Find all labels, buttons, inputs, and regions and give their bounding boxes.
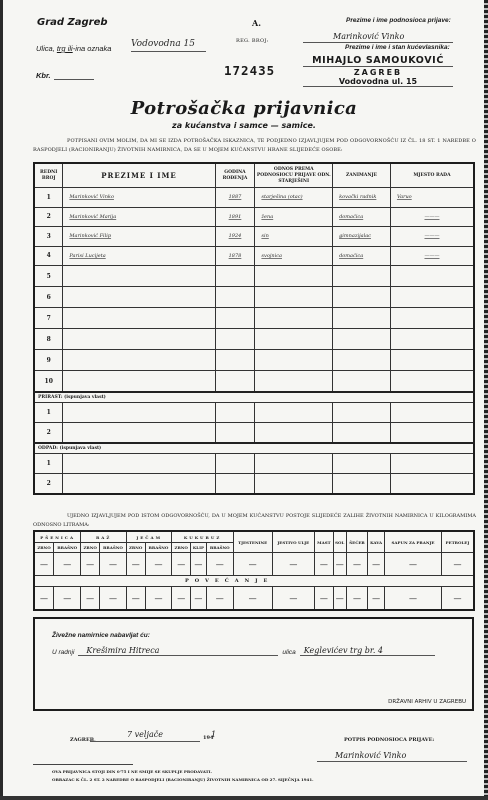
row-number: 8 <box>34 329 63 350</box>
supply-cell[interactable]: — <box>206 553 233 576</box>
increase-cell[interactable]: — <box>346 587 367 611</box>
birth-year-cell[interactable]: 1878 <box>215 246 255 266</box>
table-row: 2 Marinković Marija 1891 žena domaćica —… <box>34 207 474 227</box>
occupation-cell[interactable] <box>333 329 391 350</box>
row-number: 2 <box>34 474 63 495</box>
footnote-divider <box>33 764 133 765</box>
increase-cell[interactable]: — <box>368 587 385 611</box>
birth-year-cell[interactable] <box>215 266 255 287</box>
person-name-cell[interactable]: Parisi Lucijeta <box>63 246 215 266</box>
birth-year-cell[interactable] <box>215 350 255 371</box>
increase-header-row: POVEĆANJE <box>34 576 474 587</box>
shop-field[interactable]: Krešimira Hitreca <box>78 646 278 656</box>
supplies-intro-text: UJEDNO IZJAVLJUJEM POD ISTOM ODGOVORNOŠĆ… <box>33 512 476 530</box>
increase-cell[interactable]: — <box>126 587 145 611</box>
reg-number: 172435 <box>224 63 275 78</box>
person-name-cell[interactable] <box>63 350 215 371</box>
row-number: 1 <box>34 454 63 474</box>
row-number: 3 <box>34 227 63 247</box>
supply-cell[interactable]: — <box>233 553 272 576</box>
table-row: 6 <box>34 287 474 308</box>
increase-cell[interactable]: — <box>315 587 334 611</box>
row-number: 5 <box>34 266 63 287</box>
kbr-field[interactable] <box>54 79 94 80</box>
supply-cell[interactable]: — <box>34 553 54 576</box>
supplies-table: PŠENICA RAŽ JEČAM KUKURUZ TJESTENINE JES… <box>33 530 475 611</box>
row-number: 6 <box>34 287 63 308</box>
birth-year-cell[interactable] <box>215 371 255 393</box>
workplace-cell[interactable] <box>390 266 474 287</box>
increase-cell[interactable]: — <box>81 587 100 611</box>
relation-cell[interactable] <box>255 308 333 329</box>
applicant-label: Prezime i ime podnosioca prijave: <box>346 17 451 24</box>
shop-label: U radnji <box>52 649 74 656</box>
workplace-cell[interactable] <box>390 329 474 350</box>
supply-cell[interactable]: — <box>81 553 100 576</box>
sub-header: BRAŠNO <box>145 543 172 553</box>
person-name-cell[interactable] <box>63 403 215 423</box>
signature-field[interactable]: Marinković Vinko <box>317 751 467 762</box>
col-header-sol: SOL <box>333 531 346 553</box>
col-header-mast: MAST <box>315 531 334 553</box>
relation-cell[interactable] <box>255 266 333 287</box>
scan-edge-left <box>0 0 3 800</box>
table-row: 3 Marinković Filip 1924 sin gimnazijalac… <box>34 227 474 247</box>
street-field[interactable]: Vodovodna 15 <box>131 39 206 52</box>
occupation-cell[interactable] <box>333 350 391 371</box>
table-row: 5 <box>34 266 474 287</box>
landlord-name: MIHAJLO SAMOUKOVIĆ <box>303 55 453 67</box>
birth-year-cell[interactable] <box>215 308 255 329</box>
increase-cell[interactable]: — <box>34 587 54 611</box>
col-header-year: GODINA ROĐENJA <box>215 163 255 188</box>
sub-header: ZRNO <box>126 543 145 553</box>
table-row: 7 <box>34 308 474 329</box>
signature-label: POTPIS PODNOSIOCA PRIJAVE: <box>344 737 434 743</box>
person-name-cell[interactable]: Marinković Vinko <box>63 188 215 208</box>
increase-label: POVEĆANJE <box>34 576 474 587</box>
relation-cell[interactable] <box>255 454 333 474</box>
increase-cell[interactable]: — <box>191 587 207 611</box>
prirast-label: PRIRAST: (ispunjava vlast) <box>34 392 474 403</box>
street-label: Ulica, trg ili-ina oznaka <box>36 44 111 53</box>
col-header-relation: ODNOS PREMA PODNOSIOCU PRIJAVE ODN. STAR… <box>255 163 333 188</box>
table-header-row: REDNI BROJ PREZIME I IME GODINA ROĐENJA … <box>34 163 474 188</box>
supply-cell[interactable]: — <box>126 553 145 576</box>
workplace-cell[interactable]: Varuo <box>390 188 474 208</box>
workplace-cell[interactable]: ——— <box>390 246 474 266</box>
sub-header: ZRNO <box>34 543 54 553</box>
workplace-cell[interactable] <box>390 287 474 308</box>
increase-cell[interactable]: — <box>333 587 346 611</box>
relation-cell[interactable]: sin <box>255 227 333 247</box>
workplace-cell[interactable] <box>390 474 474 495</box>
prirast-row: 2 <box>34 423 474 444</box>
table-row: 1 Marinković Vinko 1887 starješina (otac… <box>34 188 474 208</box>
odpad-section-header: ODPAD: (ispunjava vlast) <box>34 443 474 454</box>
group-header-psenica: PŠENICA <box>34 531 81 543</box>
row-number: 10 <box>34 371 63 393</box>
table-row: 10 <box>34 371 474 393</box>
group-header-raz: RAŽ <box>81 531 127 543</box>
shop-street-label: ulica <box>282 649 295 656</box>
supply-cell[interactable]: — <box>272 553 314 576</box>
occupation-cell[interactable] <box>333 266 391 287</box>
page-title: Potrošačka prijavnica <box>0 98 488 119</box>
supply-cell[interactable]: — <box>368 553 385 576</box>
supply-cell[interactable]: — <box>99 553 126 576</box>
street-label-suffix: -ina oznaka <box>73 44 112 53</box>
occupation-cell[interactable] <box>333 454 391 474</box>
row-number: 4 <box>34 246 63 266</box>
table-row: 8 <box>34 329 474 350</box>
workplace-cell[interactable] <box>390 371 474 393</box>
increase-cell[interactable]: — <box>172 587 191 611</box>
reg-number-label: REG. BROJ: <box>236 38 268 44</box>
workplace-cell[interactable] <box>390 350 474 371</box>
col-header-kava: KAVA <box>368 531 385 553</box>
workplace-cell[interactable] <box>390 423 474 444</box>
form-page: Grad Zagreb Ulica, trg ili-ina oznaka Vo… <box>0 0 488 800</box>
person-name-cell[interactable] <box>63 371 215 393</box>
person-name-cell[interactable] <box>63 329 215 350</box>
sub-header: ZRNO <box>81 543 100 553</box>
street-label-ili: ili <box>66 44 73 53</box>
supply-cell[interactable]: — <box>191 553 207 576</box>
increase-cell[interactable]: — <box>206 587 233 611</box>
birth-year-cell[interactable] <box>215 329 255 350</box>
odpad-label: ODPAD: (ispunjava vlast) <box>34 443 474 454</box>
col-header-sapun: SAPUN ZA PRANJE <box>385 531 442 553</box>
archive-stamp: DRŽAVNI ARHIV U ZAGREBU <box>388 699 466 705</box>
supply-cell[interactable]: — <box>333 553 346 576</box>
row-number: 7 <box>34 308 63 329</box>
workplace-cell[interactable] <box>390 308 474 329</box>
row-number: 1 <box>34 188 63 208</box>
street-label-trg: trg <box>57 44 66 53</box>
odpad-row: 1 <box>34 454 474 474</box>
row-number: 2 <box>34 423 63 444</box>
shop-heading: Živežne namirnice nabavljat ću: <box>52 632 150 639</box>
row-number: 1 <box>34 403 63 423</box>
person-name-cell[interactable]: Marinković Filip <box>63 227 215 247</box>
sub-header: ZRNO <box>172 543 191 553</box>
relation-cell[interactable] <box>255 371 333 393</box>
col-header-petrolej: PETROLEJ <box>441 531 474 553</box>
person-name-cell[interactable] <box>63 423 215 444</box>
scan-edge-right <box>484 0 488 800</box>
col-header-occupation: ZANIMANJE <box>333 163 391 188</box>
form-letter: A. <box>252 18 261 28</box>
kbr-label: Kbr. <box>36 71 51 80</box>
shop-line: U radnji Krešimira Hitreca ulica Keglevi… <box>52 646 435 656</box>
relation-cell[interactable]: žena <box>255 207 333 227</box>
col-header-tjestenine: TJESTENINE <box>233 531 272 553</box>
relation-cell[interactable]: svojnica <box>255 246 333 266</box>
landlord-address: Vodovodna ul. 15 <box>303 77 453 87</box>
person-name-cell[interactable] <box>63 474 215 495</box>
workplace-cell[interactable] <box>390 403 474 423</box>
group-header-jecam: JEČAM <box>126 531 172 543</box>
relation-cell[interactable] <box>255 329 333 350</box>
increase-cell[interactable]: — <box>145 587 172 611</box>
birth-year-cell[interactable] <box>215 423 255 444</box>
increase-cell[interactable]: — <box>272 587 314 611</box>
birth-year-cell[interactable] <box>215 474 255 495</box>
relation-cell[interactable] <box>255 403 333 423</box>
group-header-kukuruz: KUKURUZ <box>172 531 233 543</box>
workplace-cell[interactable] <box>390 454 474 474</box>
landlord-label: Prezime i ime i stan kućevlasnika: <box>345 44 450 51</box>
intro-text: POTPISANI OVIM MOLIM, DA MI SE IZDA POTR… <box>33 137 476 155</box>
shop-box: Živežne namirnice nabavljat ću: U radnji… <box>33 617 474 711</box>
increase-cell[interactable]: — <box>233 587 272 611</box>
occupation-cell[interactable] <box>333 308 391 329</box>
prirast-section-header: PRIRAST: (ispunjava vlast) <box>34 392 474 403</box>
occupation-cell[interactable]: domaćica <box>333 207 391 227</box>
prirast-row: 1 <box>34 403 474 423</box>
col-header-no: REDNI BROJ <box>34 163 63 188</box>
occupation-cell[interactable]: kovački radnik <box>333 188 391 208</box>
row-number: 9 <box>34 350 63 371</box>
increase-cell[interactable]: — <box>441 587 474 611</box>
occupation-cell[interactable] <box>333 403 391 423</box>
person-name-cell[interactable] <box>63 266 215 287</box>
relation-cell[interactable]: starješina (otac) <box>255 188 333 208</box>
increase-values-row: — — — — — — — — — — — — — — — — — <box>34 587 474 611</box>
sub-header: BRAŠNO <box>99 543 126 553</box>
supply-cell[interactable]: — <box>145 553 172 576</box>
supplies-group-header-row: PŠENICA RAŽ JEČAM KUKURUZ TJESTENINE JES… <box>34 531 474 543</box>
birth-year-cell[interactable] <box>215 403 255 423</box>
relation-cell[interactable] <box>255 474 333 495</box>
row-number: 2 <box>34 207 63 227</box>
shop-street-field[interactable]: Keglevićev trg br. 4 <box>300 646 435 656</box>
supply-cell[interactable]: — <box>346 553 367 576</box>
supplies-values-row: — — — — — — — — — — — — — — — — — <box>34 553 474 576</box>
footnote-regulation: OBRAZAC K ČL. 2 ST. 2 NAREDBE O RASPODJE… <box>52 777 314 782</box>
birth-year-cell[interactable]: 1891 <box>215 207 255 227</box>
relation-cell[interactable] <box>255 423 333 444</box>
supply-cell[interactable]: — <box>441 553 474 576</box>
supply-cell[interactable]: — <box>315 553 334 576</box>
scan-edge-bottom <box>0 796 488 800</box>
supply-cell[interactable]: — <box>172 553 191 576</box>
occupation-cell[interactable] <box>333 371 391 393</box>
city-label: Grad Zagreb <box>37 17 108 28</box>
occupation-cell[interactable] <box>333 287 391 308</box>
workplace-cell[interactable]: ——— <box>390 227 474 247</box>
street-label-prefix: Ulica, <box>36 44 57 53</box>
footnote-price: OVA PRIJAVNICA STOJI DIN 0'75 I NE SMIJE… <box>52 769 212 774</box>
col-header-workplace: MJESTO RADA <box>390 163 474 188</box>
birth-year-cell[interactable] <box>215 454 255 474</box>
person-name-cell[interactable] <box>63 308 215 329</box>
sub-header: BRAŠNO <box>54 543 81 553</box>
birth-year-cell[interactable]: 1924 <box>215 227 255 247</box>
increase-cell[interactable]: — <box>54 587 81 611</box>
person-name-cell[interactable] <box>63 454 215 474</box>
page-subtitle: za kućanstva i samce — samice. <box>0 121 488 130</box>
odpad-row: 2 <box>34 474 474 495</box>
landlord-stamp: MIHAJLO SAMOUKOVIĆ ZAGREB Vodovodna ul. … <box>303 55 453 87</box>
sub-header: KLIP <box>191 543 207 553</box>
date-field[interactable]: 7 veljače <box>90 730 200 742</box>
applicant-field[interactable]: Marinković Vinko <box>303 32 453 43</box>
supply-cell[interactable]: — <box>54 553 81 576</box>
occupation-cell[interactable]: domaćica <box>333 246 391 266</box>
table-row: 9 <box>34 350 474 371</box>
year-handwritten[interactable]: 1 <box>211 730 216 739</box>
workplace-cell[interactable]: ——— <box>390 207 474 227</box>
increase-cell[interactable]: — <box>385 587 442 611</box>
birth-year-cell[interactable]: 1887 <box>215 188 255 208</box>
person-name-cell[interactable]: Marinković Marija <box>63 207 215 227</box>
persons-table: REDNI BROJ PREZIME I IME GODINA ROĐENJA … <box>33 162 475 495</box>
col-header-name: PREZIME I IME <box>63 163 215 188</box>
col-header-jestivo-ulje: JESTIVO ULJE <box>272 531 314 553</box>
occupation-cell[interactable] <box>333 423 391 444</box>
occupation-cell[interactable]: gimnazijalac <box>333 227 391 247</box>
relation-cell[interactable] <box>255 350 333 371</box>
birth-year-cell[interactable] <box>215 287 255 308</box>
supply-cell[interactable]: — <box>385 553 442 576</box>
relation-cell[interactable] <box>255 287 333 308</box>
table-row: 4 Parisi Lucijeta 1878 svojnica domaćica… <box>34 246 474 266</box>
person-name-cell[interactable] <box>63 287 215 308</box>
sub-header: BRAŠNO <box>206 543 233 553</box>
increase-cell[interactable]: — <box>99 587 126 611</box>
occupation-cell[interactable] <box>333 474 391 495</box>
landlord-city: ZAGREB <box>303 68 453 77</box>
col-header-secer: ŠEĆER <box>346 531 367 553</box>
